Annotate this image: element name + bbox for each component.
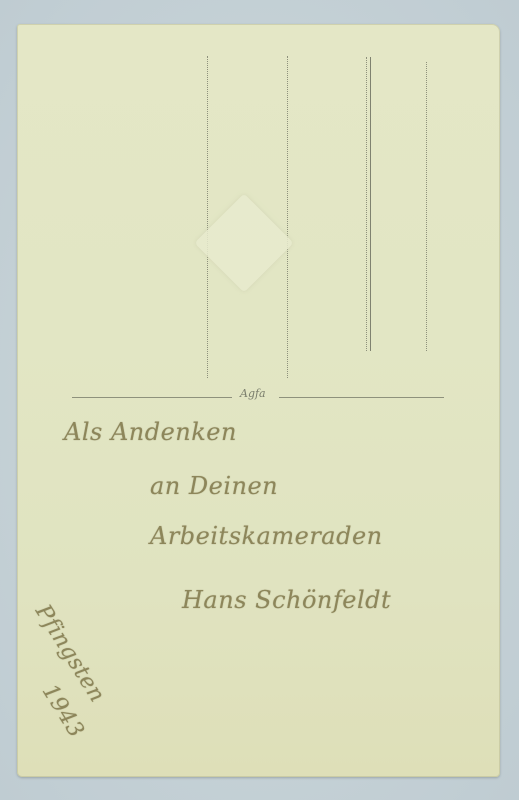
- address-rule-left: [72, 397, 232, 398]
- handwriting-line-2: an Deinen: [150, 472, 278, 500]
- divider-solid: [370, 57, 371, 351]
- handwriting-line-3: Arbeitskameraden: [150, 522, 383, 550]
- divider-dotted-4: [426, 62, 427, 351]
- divider-dotted-2: [287, 56, 288, 378]
- divider-dotted-3: [366, 57, 367, 351]
- stamp-residue: [195, 194, 294, 293]
- divider-dotted-1: [207, 56, 208, 378]
- handwriting-line-1: Als Andenken: [64, 418, 237, 446]
- handwritten-signature: Hans Schönfeldt: [182, 586, 391, 614]
- address-rule-right: [279, 397, 444, 398]
- agfa-logo: Agfa: [240, 387, 266, 400]
